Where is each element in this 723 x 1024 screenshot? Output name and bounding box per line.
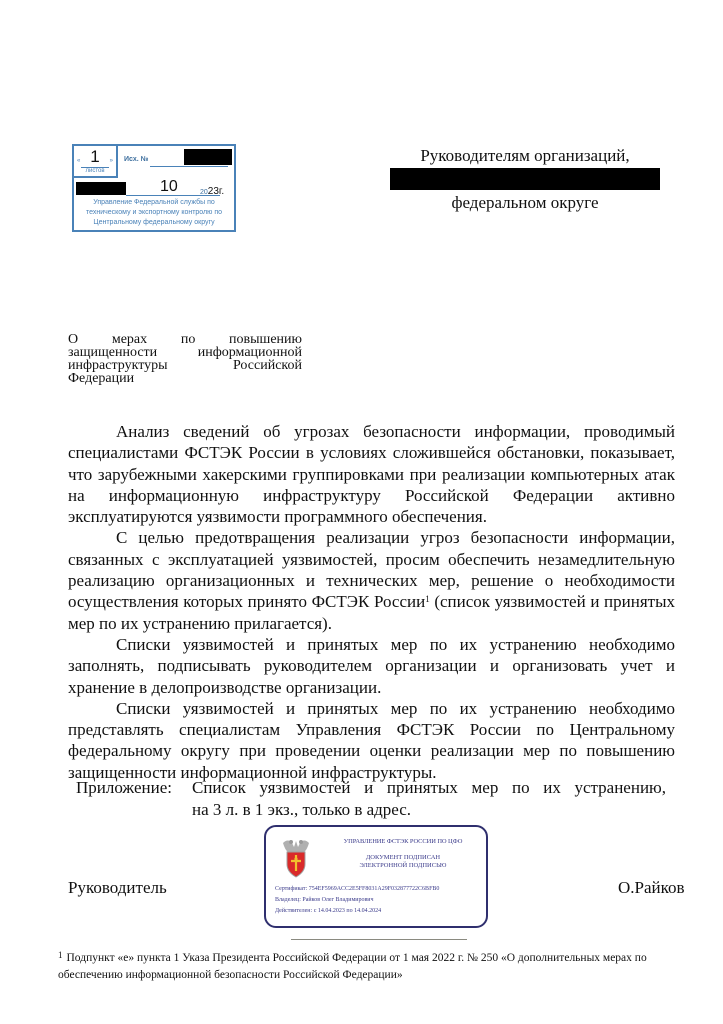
stamp-organization: УПРАВЛЕНИЕ ФСТЭК РОССИИ ПО ЦФО — [320, 838, 486, 845]
subject-line: Федерации — [68, 372, 302, 385]
signatory-title: Руководитель — [68, 878, 167, 898]
sheets-label: листов — [74, 168, 116, 174]
footnote-separator — [291, 939, 467, 940]
letter-body: Анализ сведений об угрозах безопасности … — [68, 421, 675, 783]
body-paragraph: Списки уязвимостей и принятых мер по их … — [68, 634, 675, 698]
footnote-number: 1 — [58, 950, 63, 960]
body-paragraph: Анализ сведений об угрозах безопасности … — [68, 421, 675, 527]
electronic-signature-stamp: УПРАВЛЕНИЕ ФСТЭК РОССИИ ПО ЦФО ДОКУМЕНТ … — [264, 825, 488, 928]
addressee-line3: федеральном округе — [380, 192, 670, 214]
signatory-name: О.Райков — [618, 878, 685, 898]
outgoing-number-underline — [150, 166, 228, 167]
attachment-text: Список уязвимостей и принятых мер по их … — [192, 777, 666, 821]
stamp-certificate-details: Сертификат: 754EF5969ACC2E5FF8031A29F032… — [275, 884, 439, 917]
date-year: 2023г. — [200, 186, 224, 197]
footnote: 1Подпункт «е» пункта 1 Указа Президента … — [58, 950, 698, 984]
footnote-reference: 1 — [425, 594, 430, 604]
date-day: 10 — [160, 178, 178, 196]
certificate-owner: Владелец: Райков Олег Владимирович — [275, 895, 439, 906]
subject-block: О мерах по повышению защищенности информ… — [68, 333, 302, 385]
addressee-block: Руководителям организаций, федеральном о… — [380, 145, 670, 214]
attachment-line1: Список уязвимостей и принятых мер по их … — [192, 777, 666, 799]
stamp-signed-notice: ДОКУМЕНТ ПОДПИСАН ЭЛЕКТРОННОЙ ПОДПИСЬЮ — [320, 854, 486, 870]
footnote-text: Подпункт «е» пункта 1 Указа Президента Р… — [58, 952, 647, 981]
body-paragraph: С целью предотвращения реализации угроз … — [68, 527, 675, 633]
outgoing-number-label: Исх. № — [124, 156, 148, 163]
attachment-line2: на 3 л. в 1 экз., только в адрес. — [192, 799, 666, 821]
registration-stamp: « 1 » листов Исх. № 10 2023г. Управление… — [72, 144, 236, 232]
registration-organization: Управление Федеральной службы по техниче… — [78, 198, 230, 228]
outgoing-number-redaction — [184, 149, 232, 165]
quote-close: » — [110, 158, 113, 164]
certificate-validity: Действителен: с 14.04.2023 по 14.04.2024 — [275, 906, 439, 917]
addressee-line1: Руководителям организаций, — [380, 145, 670, 167]
sheets-count-box: « 1 » листов — [74, 146, 118, 178]
addressee-redaction — [390, 168, 660, 190]
attachment-label: Приложение: — [76, 777, 172, 799]
double-headed-eagle-emblem-icon — [280, 837, 312, 879]
body-paragraph: Списки уязвимостей и принятых мер по их … — [68, 698, 675, 783]
certificate-number: Сертификат: 754EF5969ACC2E5FF8031A29F032… — [275, 884, 439, 895]
date-redaction — [76, 182, 126, 195]
